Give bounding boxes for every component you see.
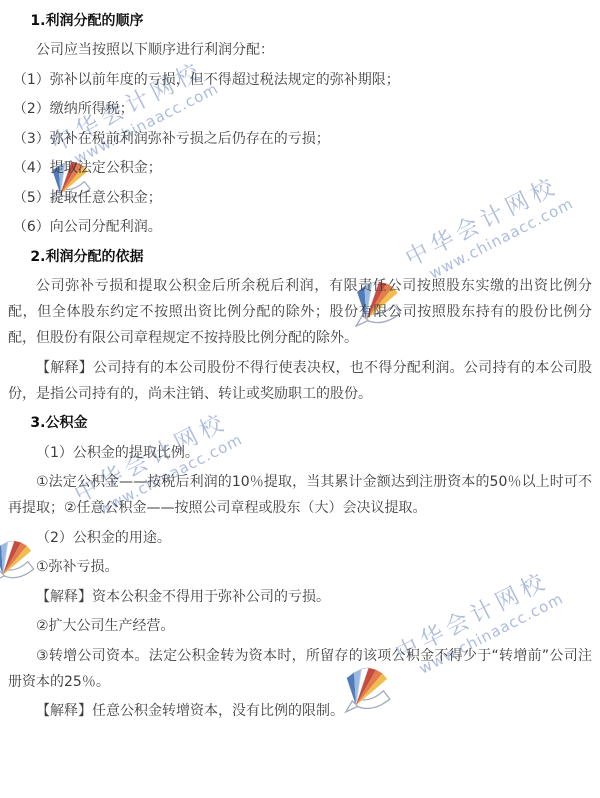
paragraph: ②扩大公司生产经营。 [8, 613, 592, 639]
list-item: （6）向公司分配利润。 [8, 214, 592, 240]
paragraph: 【解释】公司持有的本公司股份不得行使表决权，也不得分配利润。公司持有的本公司股份… [8, 355, 592, 407]
list-item: （5）提取任意公积金； [8, 185, 592, 211]
list-item: （1）弥补以前年度的亏损，但不得超过税法规定的弥补期限； [8, 67, 592, 93]
paragraph: 【解释】资本公积金不得用于弥补公司的亏损。 [8, 584, 592, 610]
paragraph: （2）公积金的用途。 [8, 525, 592, 551]
paragraph: ①弥补亏损。 [8, 554, 592, 580]
paragraph: 【解释】任意公积金转增资本，没有比例的限制。 [8, 698, 592, 724]
section-heading: 2.利润分配的依据 [8, 244, 592, 270]
paragraph: 公司弥补亏损和提取公积金后所余税后利润，有限责任公司按照股东实缴的出资比例分配，… [8, 273, 592, 351]
paragraph: ③转增公司资本。法定公积金转为资本时，所留存的该项公积金不得少于“转增前”公司注… [8, 643, 592, 695]
document-page: 中华会计网校 www.chinaacc.com 中华会计网校 www.china… [0, 0, 600, 798]
document-content: 1.利润分配的顺序公司应当按照以下顺序进行利润分配：（1）弥补以前年度的亏损，但… [0, 0, 600, 724]
paragraph: ①法定公积金——按税后利润的10％提取，当其累计金额达到注册资本的50％以上时可… [8, 469, 592, 521]
paragraph: （1）公积金的提取比例。 [8, 440, 592, 466]
list-item: （4）提取法定公积金； [8, 155, 592, 181]
section-heading: 1.利润分配的顺序 [8, 8, 592, 34]
paragraph: 公司应当按照以下顺序进行利润分配： [8, 37, 592, 63]
list-item: （3）弥补在税前利润弥补亏损之后仍存在的亏损； [8, 126, 592, 152]
list-item: （2）缴纳所得税； [8, 96, 592, 122]
section-heading: 3.公积金 [8, 410, 592, 436]
